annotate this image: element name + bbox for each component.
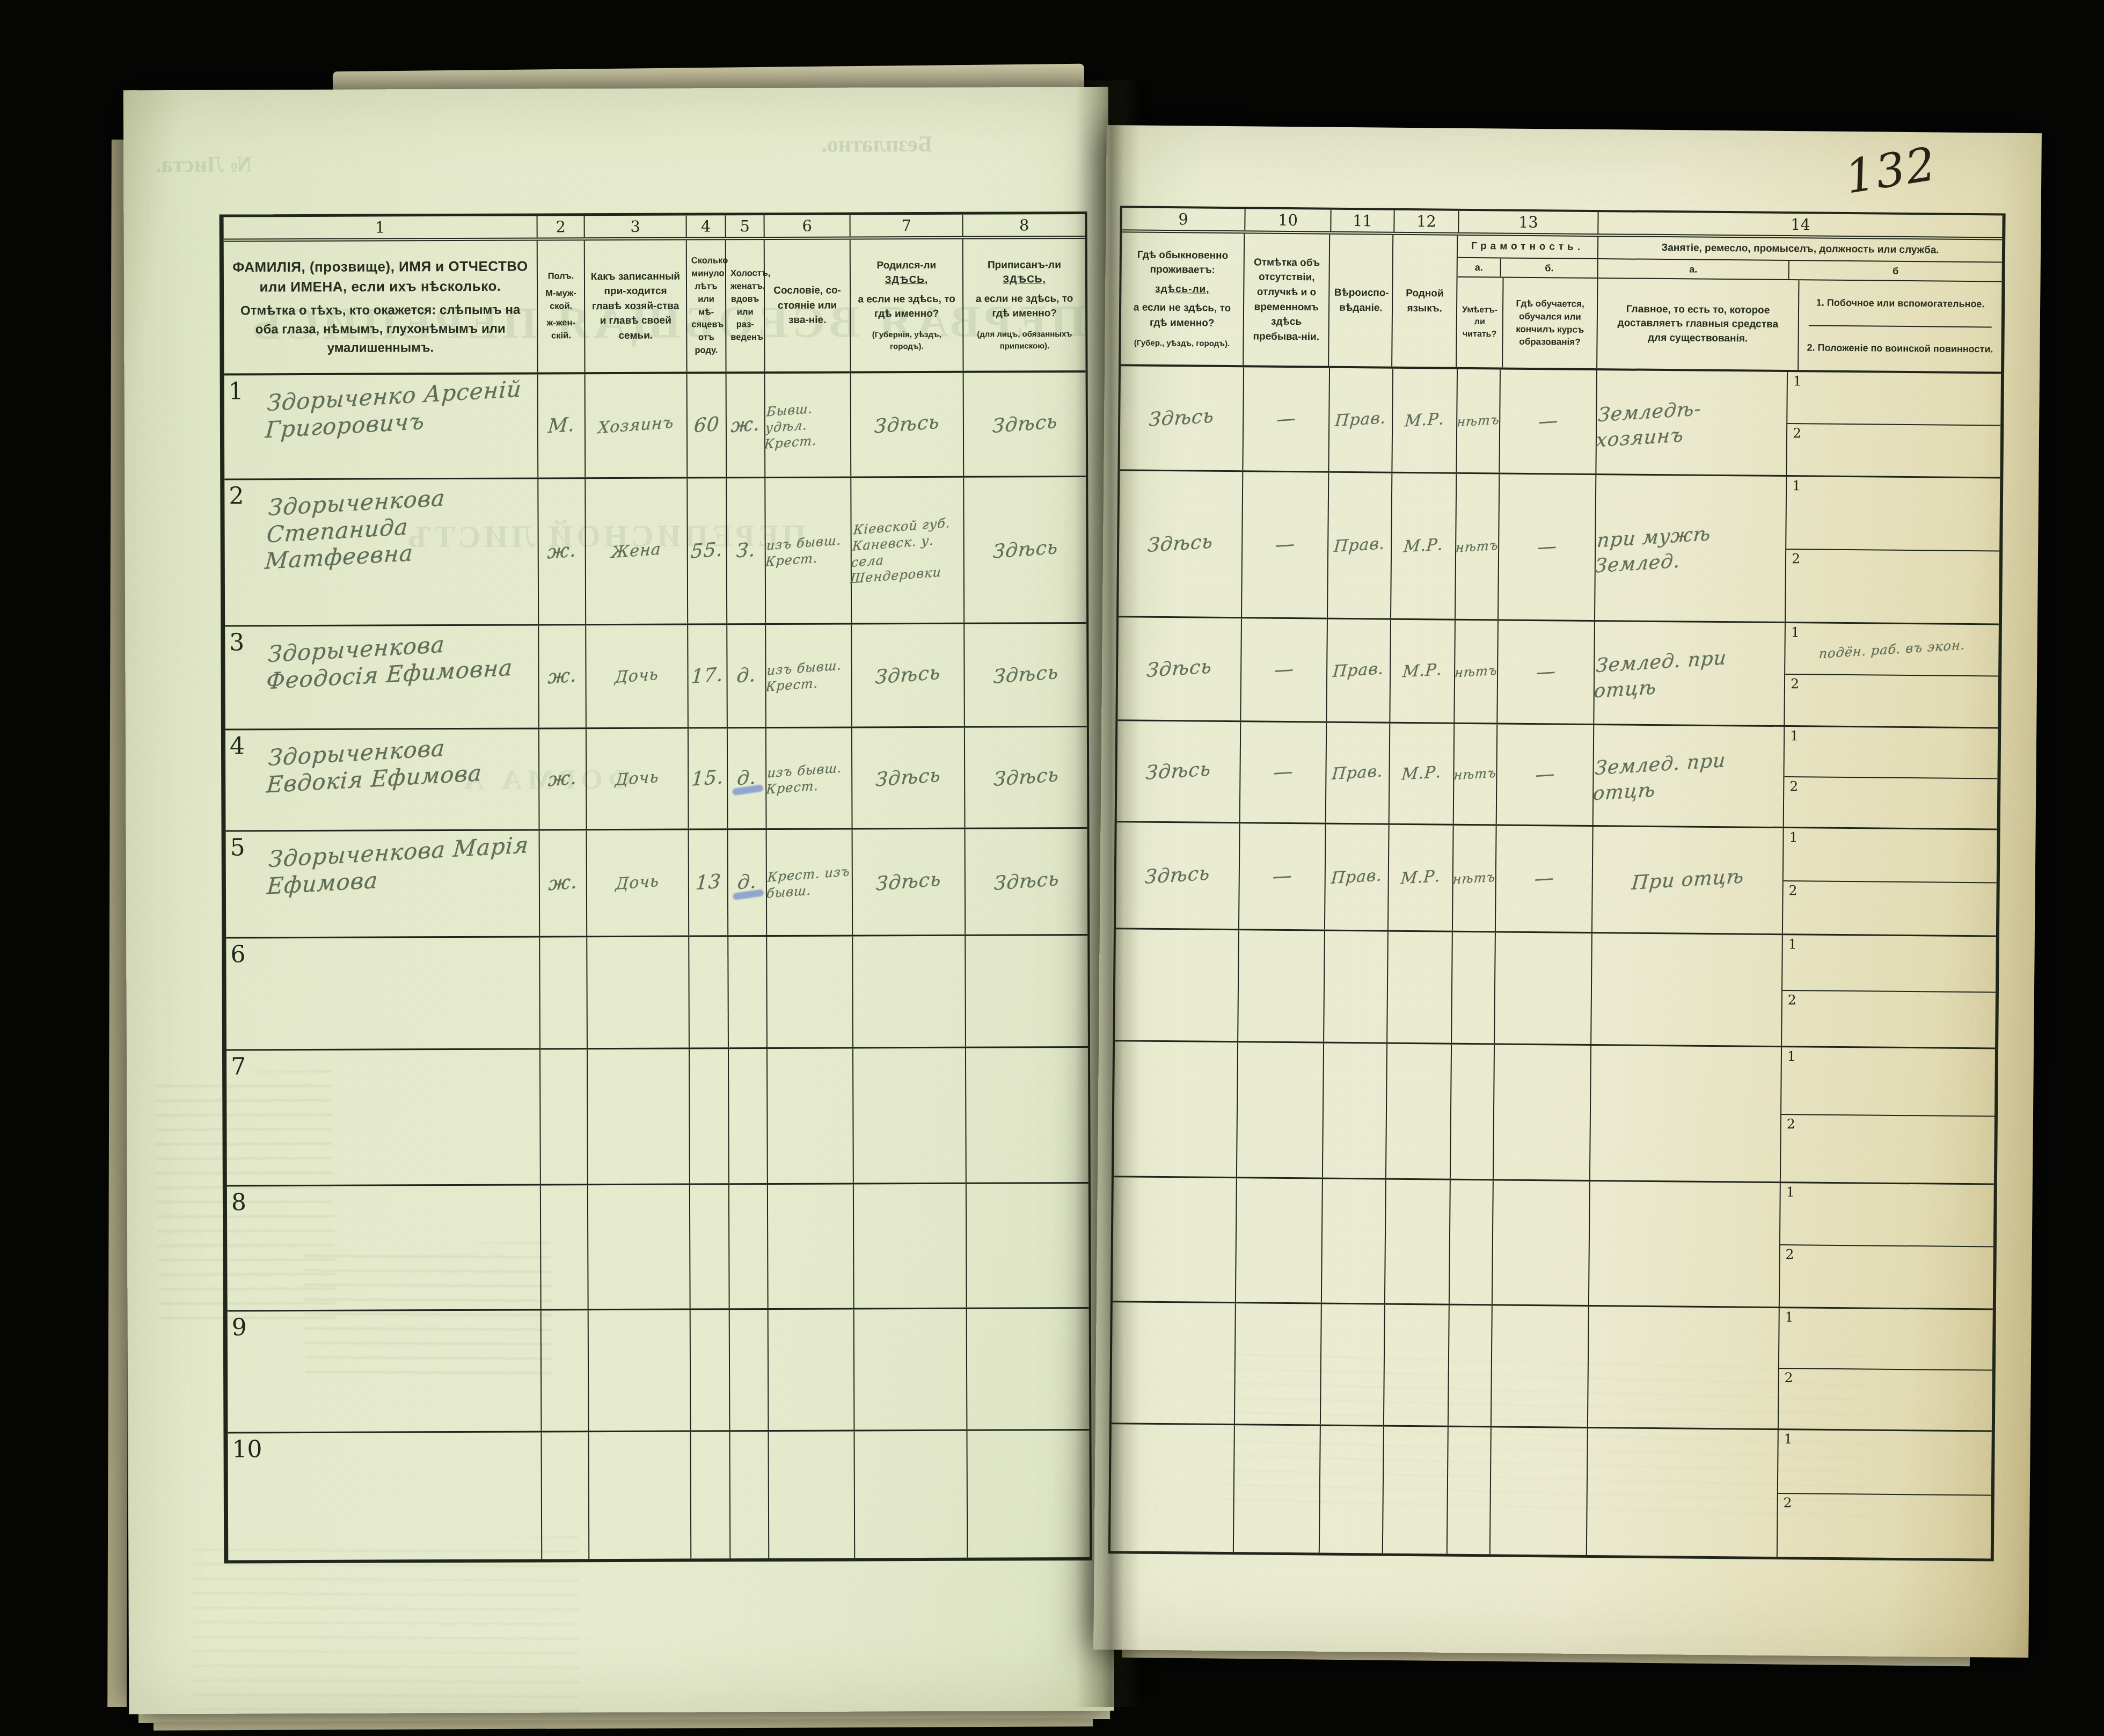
cell-sex: [540, 1049, 588, 1184]
handwritten-entry: —: [1272, 760, 1294, 784]
handwritten-entry: Здѣсь: [1146, 655, 1213, 682]
cell-reads: [1450, 1180, 1494, 1304]
row-number: 2: [229, 482, 244, 509]
cell-absence: [1234, 1425, 1321, 1552]
handwritten-entry: 55.: [690, 538, 724, 564]
cell-religion: Прав.: [1329, 368, 1393, 472]
cell-registered: Здѣсь: [966, 829, 1088, 935]
header-col14-b: 1. Побочное или вспомогательное. 2. Поло…: [1799, 280, 2001, 371]
bleedthrough-paragraph: [192, 1536, 581, 1718]
header-col13-a-label: а.: [1458, 258, 1502, 277]
handwritten-entry: изъ бывш. Крест.: [765, 531, 852, 570]
cell-relation: Дочь: [586, 625, 689, 728]
sub-row-number: 2: [1788, 882, 1797, 898]
handwritten-entry: Крест. изъ бывш.: [766, 863, 853, 902]
handwritten-entry: нѣтъ: [1455, 537, 1499, 556]
table-row: 8: [227, 1184, 1089, 1312]
cell-age: 17.: [688, 625, 728, 727]
cell-born: [854, 1184, 967, 1308]
header-col7-q1: Родился-ли: [876, 260, 936, 271]
header-col3: Какъ записанный при-ходится главѣ хозяй-…: [585, 240, 688, 373]
handwritten-entry: ж.: [730, 413, 761, 438]
handwritten-name: Здорыченкова Феодосія Ефимовна: [266, 626, 537, 694]
cell-reads: нѣтъ: [1453, 826, 1497, 931]
handwritten-entry: Здѣсь: [1148, 405, 1215, 432]
cell-side-occupation: 1 2: [1783, 828, 1997, 935]
header-col8: Приписанъ-ли ЗДѢСЬ, а если не здѣсь, то …: [963, 239, 1086, 371]
table-row: 1 Здорыченко Арсеній Григоровичъ М. Хозя…: [224, 373, 1086, 480]
cell-religion: Прав.: [1328, 473, 1392, 618]
cell-reads: нѣтъ: [1456, 474, 1500, 619]
column-number: 9: [1122, 208, 1245, 230]
cell-absence: —: [1241, 618, 1328, 721]
cell-age: 55.: [688, 478, 727, 623]
cell-marital: [730, 1310, 769, 1430]
handwritten-entry: при мужѣ Землед.: [1594, 517, 1787, 580]
cell-sex: [541, 1185, 589, 1309]
table-row: 1 2: [1111, 1424, 1992, 1558]
cell-occupation: [1589, 1181, 1781, 1307]
handwritten-entry: Прав.: [1333, 534, 1386, 556]
cell-born: Здѣсь: [851, 373, 965, 477]
handwritten-entry: —: [1535, 660, 1557, 684]
column-number: 8: [963, 214, 1085, 236]
cell-estate: [769, 1431, 855, 1558]
cell-side-occupation: 1 2: [1778, 1430, 1992, 1558]
cell-absence: [1237, 1042, 1324, 1177]
handwritten-entry: Здѣсь: [993, 763, 1060, 791]
handwritten-entry: ж.: [547, 767, 578, 792]
cell-name: 2 Здорыченкова Степанида Матфеевна: [224, 479, 539, 625]
column-number: 11: [1331, 210, 1394, 232]
cell-school: [1492, 1305, 1589, 1427]
cell-absence: —: [1239, 823, 1326, 929]
cell-age: [689, 937, 729, 1047]
sub-row-number: 1: [1785, 1309, 1794, 1325]
handwritten-entry: нѣтъ: [1452, 869, 1496, 887]
header-col9-q1: Гдѣ обыкновенно проживаетъ:: [1126, 247, 1240, 278]
sub-row-number: 1: [1791, 624, 1800, 640]
handwritten-entry: Прав.: [1331, 866, 1383, 888]
cell-estate: [768, 1048, 854, 1183]
sub-row-number: 2: [1789, 778, 1798, 794]
header-col2-l2: М-муж-ской.: [542, 287, 580, 313]
cell-name: 1 Здорыченко Арсеній Григоровичъ: [224, 375, 539, 479]
handwritten-name: Здорыченкова Марія Ефимова: [266, 831, 537, 899]
handwritten-entry: М.Р.: [1404, 410, 1445, 431]
cell-age: [690, 1049, 729, 1183]
header-col7-em: ЗДѢСЬ,: [885, 274, 929, 286]
cell-age: 15.: [689, 728, 728, 828]
handwritten-entry: Здѣсь: [1144, 862, 1211, 889]
header-col14-b1: 1. Побочное или вспомогательное.: [1809, 280, 1992, 327]
cell-registered: Здѣсь: [965, 624, 1087, 726]
handwritten-entry: —: [1536, 535, 1558, 559]
handwritten-entry: Здѣсь: [874, 411, 940, 439]
handwritten-entry: З.: [735, 538, 756, 563]
sub-row-number: 1: [1792, 478, 1801, 493]
handwritten-name: Здорыченко Арсеній Григоровичъ: [265, 375, 536, 443]
cell-relation: [588, 1185, 691, 1309]
sub-row-number: 1: [1790, 728, 1799, 743]
cell-registered: [967, 1309, 1090, 1429]
cell-resides: Здѣсь: [1119, 471, 1243, 617]
row-number: 3: [229, 629, 244, 656]
handwritten-entry: Здѣсь: [992, 536, 1058, 564]
cell-religion: [1322, 1179, 1386, 1303]
cell-born: Кіевской губ. Каневск. у. села Шендеровк…: [851, 478, 965, 623]
handwritten-entry: —: [1533, 867, 1555, 891]
cell-relation: Дочь: [587, 729, 689, 829]
row-number: 6: [230, 940, 245, 968]
handwritten-entry: Землед. при отцѣ: [1593, 643, 1786, 705]
handwritten-entry: Здѣсь: [993, 867, 1060, 895]
cell-marital: д.: [728, 830, 768, 935]
column-number: 14: [1598, 212, 2002, 237]
cell-registered: [966, 936, 1088, 1047]
sub-row-number: 2: [1785, 1370, 1793, 1385]
cell-sex: ж.: [538, 479, 586, 624]
handwritten-entry: Жена: [611, 540, 662, 563]
handwritten-entry: подён. раб. въ экон.: [1818, 637, 1966, 662]
row-number: 9: [232, 1314, 247, 1341]
cell-name: 5 Здорыченкова Марія Ефимова: [226, 831, 540, 937]
cell-side-occupation: 1 2: [1784, 727, 1998, 828]
cell-resides: Здѣсь: [1117, 721, 1241, 822]
sub-row-number: 1: [1787, 1048, 1796, 1064]
handwritten-entry: Кіевской губ. Каневск. у. села Шендеровк…: [850, 514, 965, 587]
cell-religion: Прав.: [1325, 825, 1390, 930]
cell-reads: [1449, 1305, 1493, 1426]
cell-estate: изъ бывш. Крест.: [766, 728, 853, 828]
cell-resides: [1112, 1302, 1236, 1424]
handwritten-entry: д.: [736, 870, 757, 894]
cell-language: М.Р.: [1389, 825, 1454, 931]
table-row: Здѣсь — Прав. М.Р. нѣтъ — при мужѣ Земле…: [1119, 471, 2000, 625]
cell-side-occupation: 1 2: [1781, 1047, 1995, 1183]
cell-reads: нѣтъ: [1454, 724, 1498, 825]
sub-row-number: 1: [1793, 373, 1802, 389]
sub-row-number: 2: [1786, 1246, 1794, 1262]
cell-relation: Хозяинъ: [586, 374, 688, 478]
cell-absence: [1235, 1303, 1322, 1424]
cell-occupation: Земледѣ- хозяинъ: [1596, 370, 1788, 475]
cell-school: —: [1497, 724, 1595, 825]
cell-religion: [1321, 1304, 1385, 1425]
row-number: 4: [230, 732, 245, 760]
census-scan: № Листа. Безплатно. ПЕРВАЯ ВСЕОБЩАЯ ПЕРЕ…: [0, 0, 2104, 1736]
cell-born: Здѣсь: [852, 624, 965, 727]
cell-age: 13: [689, 830, 729, 935]
table-row: 1 2: [1112, 1302, 1993, 1432]
cell-born: [854, 1309, 968, 1430]
header-col12: Родной языкъ.: [1393, 235, 1458, 367]
handwritten-entry: —: [1537, 410, 1559, 434]
cell-reads: нѣтъ: [1455, 621, 1499, 723]
header-col1: ФАМИЛІЯ, (прозвище), ИМЯ и ОТЧЕСТВО или …: [224, 241, 538, 374]
cell-occupation: [1591, 933, 1783, 1046]
header-col2-l3: ж-жен-скій.: [542, 317, 580, 343]
cell-occupation: Землед. при отцѣ: [1594, 622, 1786, 725]
handwritten-entry: М.: [547, 413, 575, 438]
header-col7-note: (Губернія, уѣздъ, городъ).: [855, 329, 958, 353]
cell-school: —: [1497, 621, 1595, 724]
cell-age: [690, 1185, 730, 1308]
handwritten-entry: Землед. при отцѣ: [1592, 745, 1785, 807]
cell-relation: [589, 1432, 691, 1559]
census-table-right: 9 10 11 12 13 14 Гдѣ обыкновенно прожива…: [1108, 206, 2006, 1561]
cell-side-occupation: 1 2: [1786, 477, 2000, 623]
cell-sex: [540, 937, 588, 1048]
row-number: 1: [229, 377, 244, 405]
table-row: 10: [228, 1431, 1090, 1560]
handwritten-entry: Дочь: [615, 768, 660, 790]
cell-resides: Здѣсь: [1116, 822, 1240, 929]
cell-name: 3 Здорыченкова Феодосія Ефимовна: [225, 626, 539, 729]
header-col7-q2: а если не здѣсь, то гдѣ именно?: [855, 292, 958, 322]
handwritten-entry: Здѣсь: [874, 661, 941, 689]
handwritten-entry: д.: [736, 766, 757, 790]
cell-born: Здѣсь: [853, 829, 966, 935]
handwritten-entry: Здѣсь: [875, 764, 941, 792]
column-number: 5: [726, 215, 765, 237]
cell-relation: [589, 1310, 691, 1431]
header-col13-b: Гдѣ обучается, обучался или кончилъ курс…: [1503, 278, 1597, 368]
cell-registered: [967, 1184, 1089, 1308]
table-row: 5 Здорыченкова Марія Ефимова ж. Дочь 13 …: [226, 829, 1088, 939]
table-row: 7: [227, 1048, 1088, 1187]
column-numbers-left: 1 2 3 4 5 6 7 8: [224, 214, 1085, 242]
cell-sex: [542, 1310, 589, 1431]
handwritten-entry: ж.: [547, 664, 578, 689]
column-number: 4: [687, 215, 726, 237]
table-row: Здѣсь — Прав. М.Р. нѣтъ — При отцѣ 1 2: [1116, 822, 1997, 937]
header-col7: Родился-ли ЗДѢСЬ, а если не здѣсь, то гд…: [851, 239, 964, 371]
cell-marital: д.: [727, 625, 766, 727]
handwritten-name: Здорыченкова Степанида Матфеевна: [264, 479, 537, 574]
table-row: 9: [228, 1309, 1090, 1434]
cell-side-occupation: 1подён. раб. въ экон. 2: [1785, 623, 1999, 727]
handwritten-entry: —: [1273, 658, 1295, 682]
cell-sex: ж.: [539, 625, 587, 727]
table-row: 1 2: [1113, 1177, 1994, 1310]
cell-side-occupation: 1 2: [1787, 372, 2001, 477]
sub-row-number: 1: [1786, 1184, 1795, 1200]
header-col9: Гдѣ обыкновенно проживаетъ: здѣсь-ли, а …: [1121, 232, 1245, 365]
handwritten-name: Здорыченкова Евдокія Ефимова: [266, 730, 537, 798]
cell-school: [1494, 1045, 1591, 1180]
cell-registered: Здѣсь: [964, 477, 1086, 623]
header-col10: Отмѣтка объ отсутствіи, отлучкѣ и о врем…: [1244, 234, 1331, 366]
handwritten-entry: 13: [695, 870, 722, 895]
handwritten-entry: —: [1275, 407, 1297, 431]
cell-relation: Дочь: [587, 830, 690, 936]
table-row: 3 Здорыченкова Феодосія Ефимовна ж. Дочь…: [225, 624, 1087, 731]
header-col14-b2: 2. Положеніе по воинской повинности.: [1799, 326, 2000, 372]
cell-marital: [729, 1049, 768, 1183]
handwritten-entry: д.: [736, 663, 757, 688]
header-col13-title: Грамотность.: [1458, 236, 1597, 259]
bleedthrough-bezplatno: Безплатно.: [821, 132, 932, 158]
handwritten-entry: Здѣсь: [1145, 758, 1212, 785]
cell-religion: Прав.: [1327, 619, 1391, 722]
cell-name: 7: [227, 1050, 541, 1185]
cell-absence: —: [1243, 367, 1330, 471]
cell-absence: —: [1242, 472, 1329, 617]
cell-language: [1387, 932, 1453, 1043]
cell-absence: [1238, 930, 1325, 1041]
header-col14-b-label: б: [1789, 261, 2002, 281]
sub-row-number: 2: [1793, 425, 1801, 441]
cell-language: М.Р.: [1392, 369, 1458, 472]
header-col14-a-label: а.: [1598, 259, 1789, 279]
header-col13-b-label: б.: [1501, 258, 1597, 278]
handwritten-entry: —: [1534, 763, 1555, 787]
right-page: 9 10 11 12 13 14 Гдѣ обыкновенно прожива…: [1093, 125, 2042, 1658]
header-col6: Сословіе, со-стояніе или зва-ніе.: [765, 239, 851, 371]
column-number: 2: [538, 216, 585, 237]
handwritten-entry: изъ бывш. Крест.: [765, 759, 852, 798]
sub-row-number: 2: [1787, 1116, 1795, 1132]
cell-sex: ж.: [539, 729, 587, 829]
cell-religion: [1323, 1044, 1387, 1178]
left-page: № Листа. Безплатно. ПЕРВАЯ ВСЕОБЩАЯ ПЕРЕ…: [123, 87, 1114, 1714]
header-col8-note: (для лицъ, обязанныхъ припискою).: [968, 329, 1081, 352]
cell-religion: Прав.: [1326, 723, 1391, 823]
cell-marital: [730, 1432, 769, 1558]
cell-school: [1491, 1427, 1588, 1555]
handwritten-entry: М.Р.: [1402, 660, 1443, 682]
table-row: 6: [226, 936, 1088, 1051]
cell-marital: [729, 1185, 769, 1308]
header-col9-em: здѣсь-ли,: [1126, 281, 1239, 297]
header-col2-l1: Полъ.: [542, 270, 580, 283]
cell-language: М.Р.: [1390, 724, 1455, 824]
cell-religion: [1324, 931, 1389, 1042]
header-col14-a: Главное, то есть то, которое доставляетъ…: [1597, 279, 1800, 370]
header-col13-a: Умѣетъ-ли читать?: [1457, 278, 1503, 368]
column-number: 7: [851, 215, 963, 237]
cell-estate: изъ бывш. Крест.: [766, 624, 852, 727]
handwritten-entry: М.Р.: [1400, 867, 1441, 888]
sub-row-number: 2: [1791, 676, 1799, 691]
cell-side-occupation: 1 2: [1782, 935, 1996, 1047]
handwritten-entry: М.Р.: [1401, 763, 1442, 784]
cell-age: [691, 1310, 730, 1430]
handwritten-entry: —: [1274, 533, 1296, 557]
cell-registered: Здѣсь: [964, 373, 1086, 476]
cell-reads: [1448, 1427, 1492, 1555]
table-row: 4 Здорыченкова Евдокія Ефимова ж. Дочь 1…: [225, 727, 1087, 832]
column-number: 10: [1245, 209, 1331, 231]
cell-language: М.Р.: [1390, 620, 1456, 723]
cell-sex: ж.: [540, 830, 588, 936]
row-number: 10: [232, 1435, 262, 1463]
sub-row-number: 1: [1788, 936, 1797, 952]
cell-relation: [588, 1049, 690, 1184]
cell-religion: [1320, 1426, 1384, 1553]
cell-registered: [966, 1048, 1088, 1183]
cell-age: [691, 1432, 730, 1558]
header-col14-group: Занятіе, ремесло, промыселъ, должность и…: [1597, 237, 2002, 372]
header-col11: Вѣроиспо-вѣданіе.: [1329, 235, 1394, 367]
cell-marital: ж.: [727, 374, 766, 477]
header-col14-title: Занятіе, ремесло, промыселъ, должность и…: [1598, 237, 2002, 263]
handwritten-entry: Бывш. удѣл. Крест.: [764, 398, 852, 453]
handwritten-entry: Здѣсь: [1147, 530, 1214, 557]
cell-resides: [1114, 1041, 1238, 1177]
handwritten-entry: нѣтъ: [1456, 412, 1500, 431]
cell-side-occupation: 1 2: [1779, 1308, 1993, 1430]
cell-reads: нѣтъ: [1457, 369, 1501, 473]
header-col8-q1: Приписанъ-ли: [988, 259, 1061, 271]
cell-language: М.Р.: [1391, 473, 1457, 619]
table-row: 1 2: [1115, 929, 1996, 1049]
cell-sex: [542, 1432, 589, 1559]
cell-language: [1386, 1044, 1452, 1179]
table-row: Здѣсь — Прав. М.Р. нѣтъ — Земледѣ- хозяи…: [1120, 366, 2001, 478]
handwritten-entry: Прав.: [1332, 659, 1385, 681]
cell-marital: З.: [727, 478, 766, 623]
cell-estate: изъ бывш. Крест.: [765, 478, 852, 623]
cell-language: [1385, 1180, 1451, 1304]
handwritten-entry: ж.: [547, 871, 578, 896]
cell-school: [1495, 932, 1592, 1044]
cell-estate: [769, 1309, 855, 1430]
cell-estate: Крест. изъ бывш.: [767, 829, 853, 935]
table-row: Здѣсь — Прав. М.Р. нѣтъ — Землед. при от…: [1117, 721, 1998, 830]
cell-occupation: [1588, 1307, 1780, 1428]
cell-name: 10: [228, 1433, 542, 1560]
handwritten-entry: Земледѣ- хозяинъ: [1595, 392, 1788, 454]
handwritten-entry: нѣтъ: [1454, 662, 1498, 681]
cell-born: [853, 936, 966, 1047]
sub-row-number: 1: [1789, 829, 1798, 845]
cell-school: —: [1499, 474, 1596, 620]
cell-resides: Здѣсь: [1117, 617, 1242, 720]
handwritten-entry: Здѣсь: [992, 661, 1059, 689]
column-number: 6: [765, 215, 851, 237]
row-number: 7: [231, 1053, 246, 1080]
sub-row-number: 2: [1788, 992, 1796, 1008]
column-number: 3: [585, 216, 687, 238]
cell-language: [1383, 1427, 1449, 1554]
handwritten-entry: изъ бывш. Крест.: [765, 657, 852, 695]
handwritten-entry: —: [1272, 864, 1293, 888]
census-table-left: 1 2 3 4 5 6 7 8 ФАМИЛІЯ, (прозвище), ИМЯ…: [220, 211, 1092, 1564]
row-number: 5: [230, 834, 245, 861]
cell-marital: д.: [728, 728, 767, 828]
cell-occupation: Землед. при отцѣ: [1594, 725, 1785, 827]
cell-marital: [728, 937, 768, 1047]
header-col9-q2: а если не здѣсь, то гдѣ именно?: [1126, 301, 1239, 331]
cell-estate: Бывш. удѣл. Крест.: [765, 373, 852, 477]
table-row: Здѣсь — Прав. М.Р. нѣтъ — Землед. при от…: [1117, 617, 1999, 728]
cell-name: 6: [226, 938, 540, 1049]
cell-occupation: при мужѣ Землед.: [1595, 475, 1787, 622]
handwritten-entry: 17.: [691, 663, 725, 689]
table-row: 2 Здорыченкова Степанида Матфеевна ж. Же…: [224, 477, 1086, 627]
header-col8-em: ЗДѢСЬ,: [1003, 274, 1046, 285]
bleedthrough-no-lista: № Листа.: [156, 151, 252, 178]
cell-age: 60: [688, 374, 727, 477]
handwritten-entry: М.Р.: [1403, 535, 1444, 557]
column-number: 12: [1394, 210, 1459, 232]
cell-school: —: [1496, 826, 1594, 932]
handwritten-entry: Здѣсь: [991, 410, 1058, 438]
cell-language: [1384, 1305, 1450, 1426]
cell-reads: [1452, 932, 1496, 1044]
